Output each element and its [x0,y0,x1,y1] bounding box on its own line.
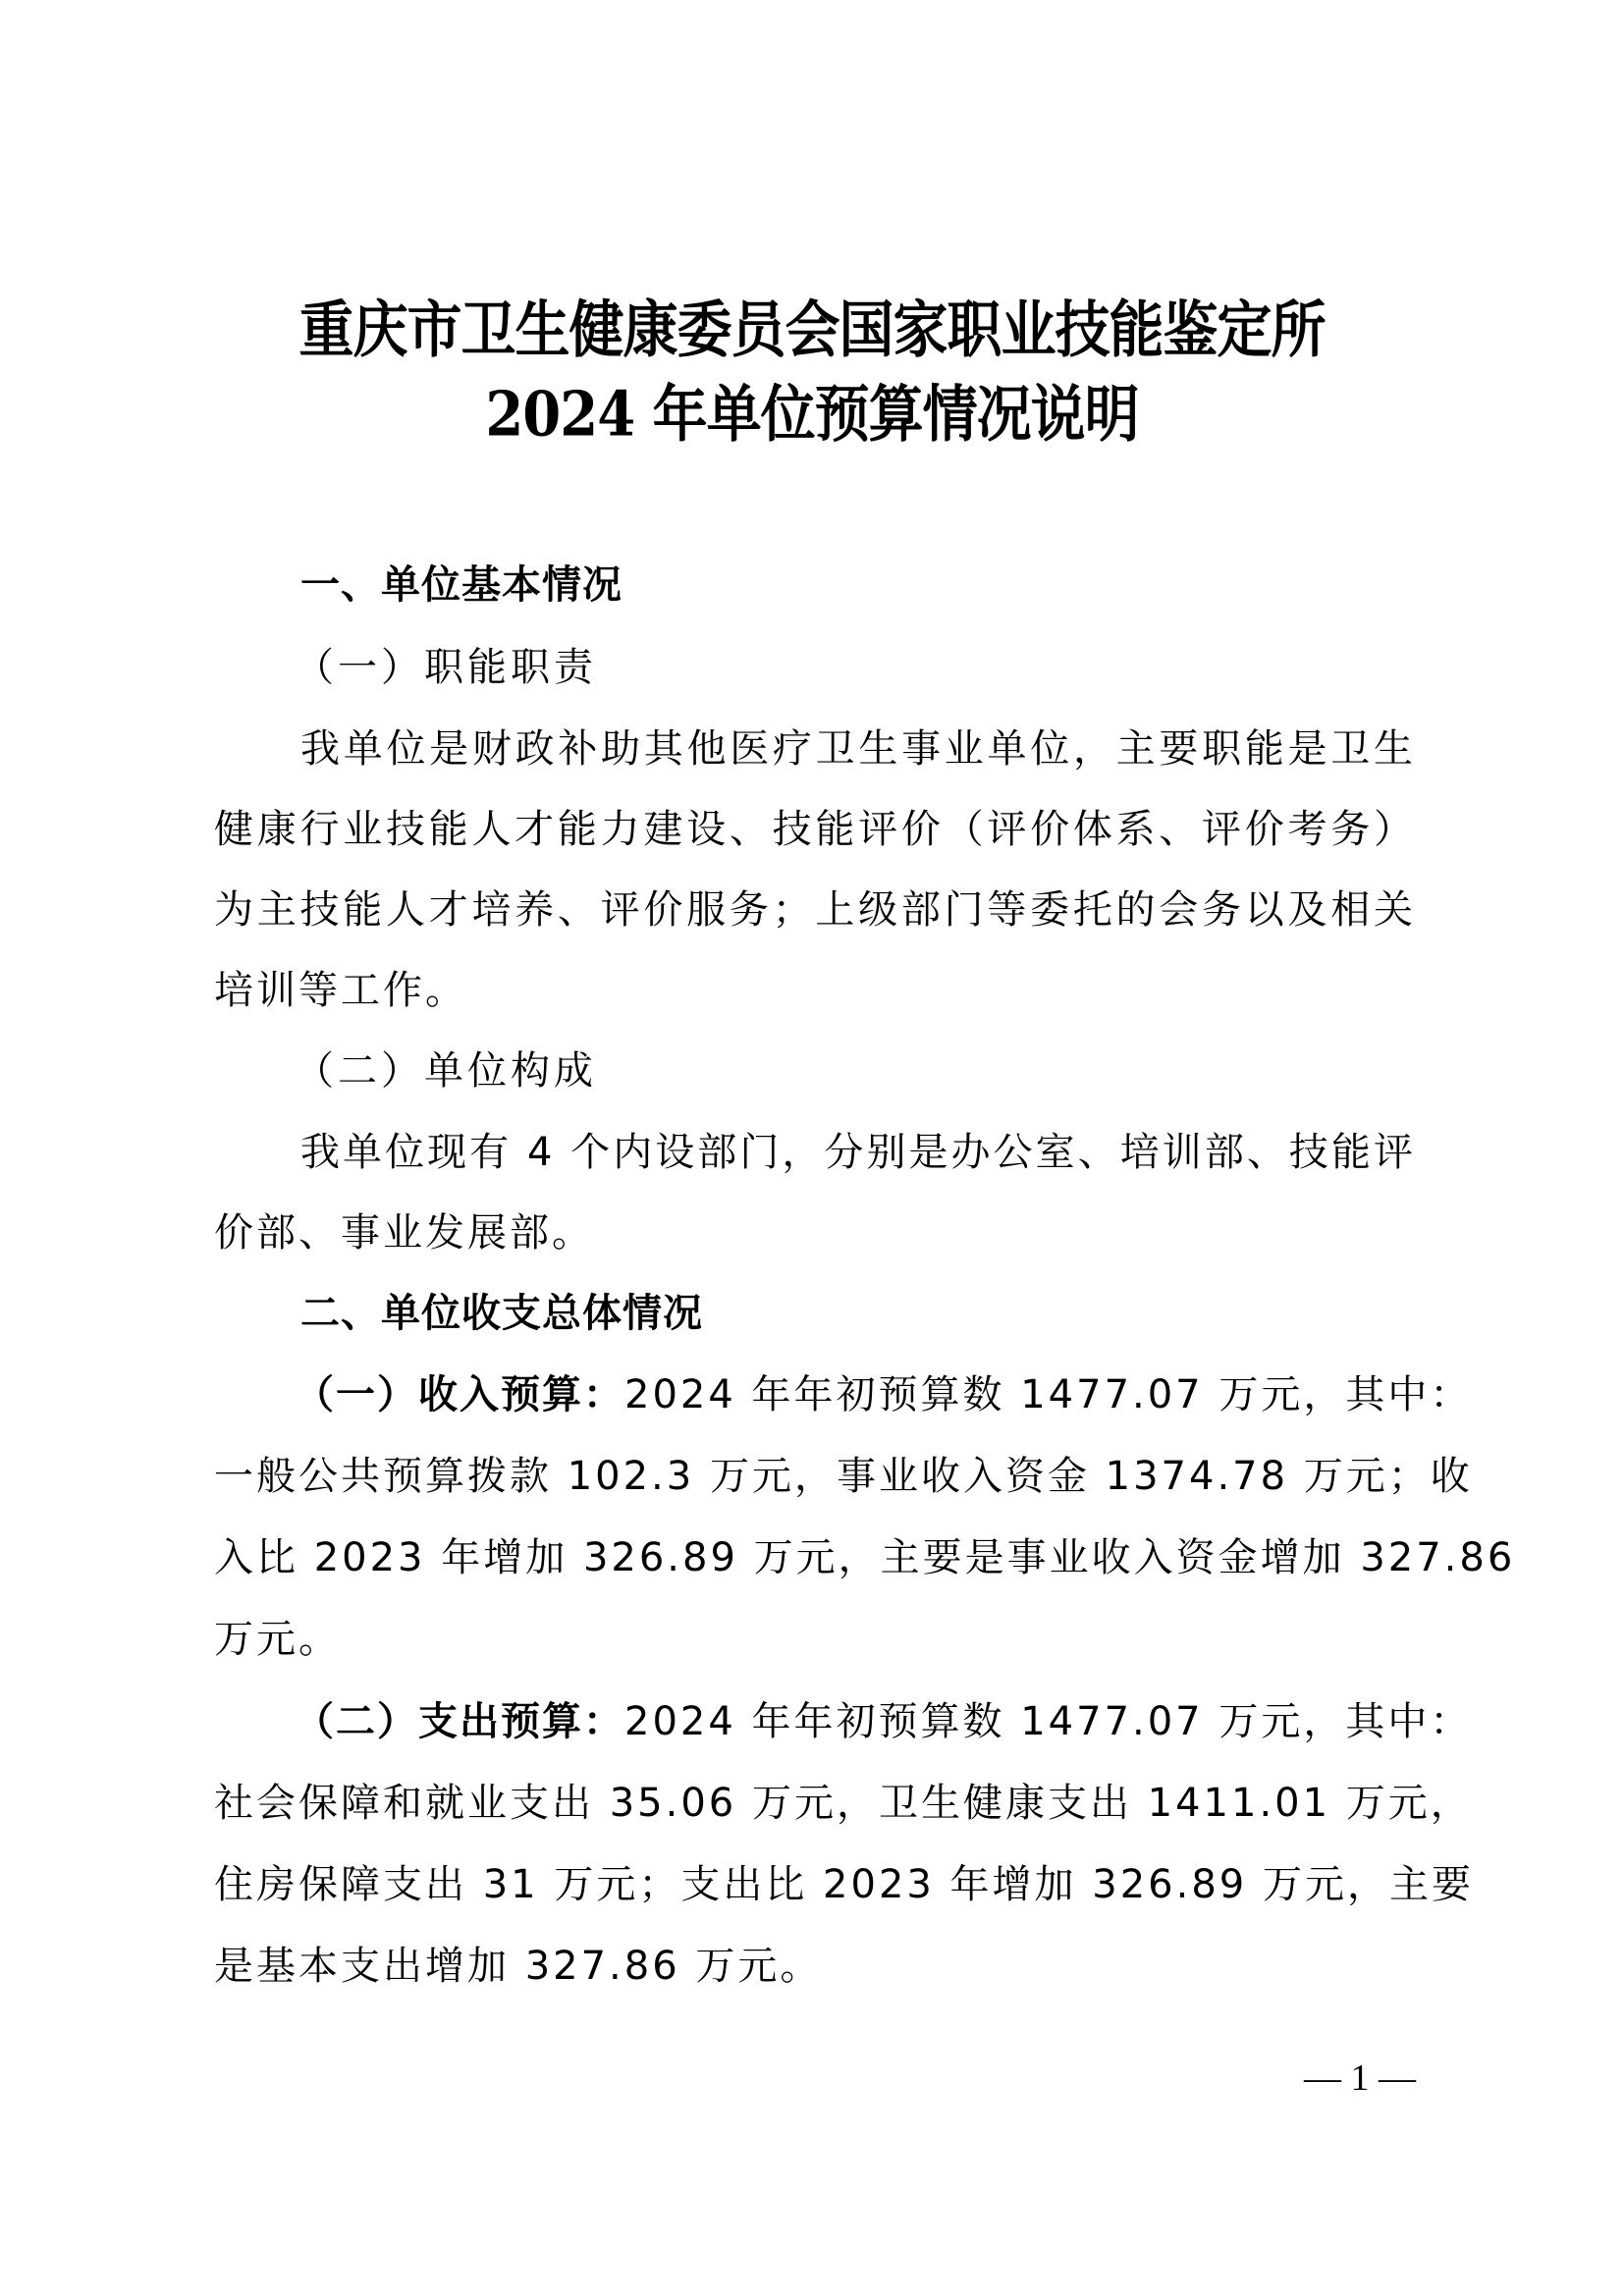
income-budget-lead: （一）收入预算： [295,1372,624,1417]
paragraph-line: 是基本支出增加 327.86 万元。 [214,1937,1416,1996]
paragraph-line: 价部、事业发展部。 [214,1203,1416,1262]
paragraph-line: 我单位现有 4 个内设部门，分别是办公室、培训部、技能评 [300,1123,1416,1182]
income-budget-line1: （一）收入预算：2024 年年初预算数 1477.07 万元，其中： [295,1365,1416,1424]
paragraph-line: 一般公共预算拨款 102.3 万元，事业收入资金 1374.78 万元；收 [214,1447,1416,1506]
paragraph-line: 万元。 [214,1610,1416,1669]
page-number: — 1 — [1296,2054,1424,2103]
subsection-heading-functions: （一）职能职责 [295,638,1496,697]
document-title-line1: 重庆市卫生健康委员会国家职业技能鉴定所 [0,288,1624,371]
section-heading-basic-info: 一、单位基本情况 [300,556,1502,614]
paragraph-line: 培训等工作。 [214,961,1416,1020]
expense-budget-line1: （二）支出预算：2024 年年初预算数 1477.07 万元，其中： [295,1692,1416,1751]
paragraph-line: 社会保障和就业支出 35.06 万元，卫生健康支出 1411.01 万元， [214,1774,1416,1833]
paragraph-line: 为主技能人才培养、评价服务；上级部门等委托的会务以及相关 [214,881,1416,939]
document-page: 重庆市卫生健康委员会国家职业技能鉴定所 2024 年单位预算情况说明 一、单位基… [0,0,1624,2296]
section-heading-income-expense: 二、单位收支总体情况 [300,1284,1502,1343]
paragraph-line: 我单位是财政补助其他医疗卫生事业单位，主要职能是卫生 [300,720,1416,778]
paragraph-line: 入比 2023 年增加 326.89 万元，主要是事业收入资金增加 327.86 [214,1528,1416,1587]
paragraph-line: 住房保障支出 31 万元；支出比 2023 年增加 326.89 万元，主要 [214,1855,1416,1914]
paragraph-text: 2024 年年初预算数 1477.07 万元，其中： [624,1372,1472,1417]
paragraph-line: 健康行业技能人才能力建设、技能评价（评价体系、评价考务） [214,800,1416,859]
paragraph-text: 2024 年年初预算数 1477.07 万元，其中： [624,1699,1472,1744]
document-title-line2: 2024 年单位预算情况说明 [0,372,1624,455]
subsection-heading-composition: （二）单位构成 [295,1041,1496,1100]
expense-budget-lead: （二）支出预算： [295,1699,624,1744]
